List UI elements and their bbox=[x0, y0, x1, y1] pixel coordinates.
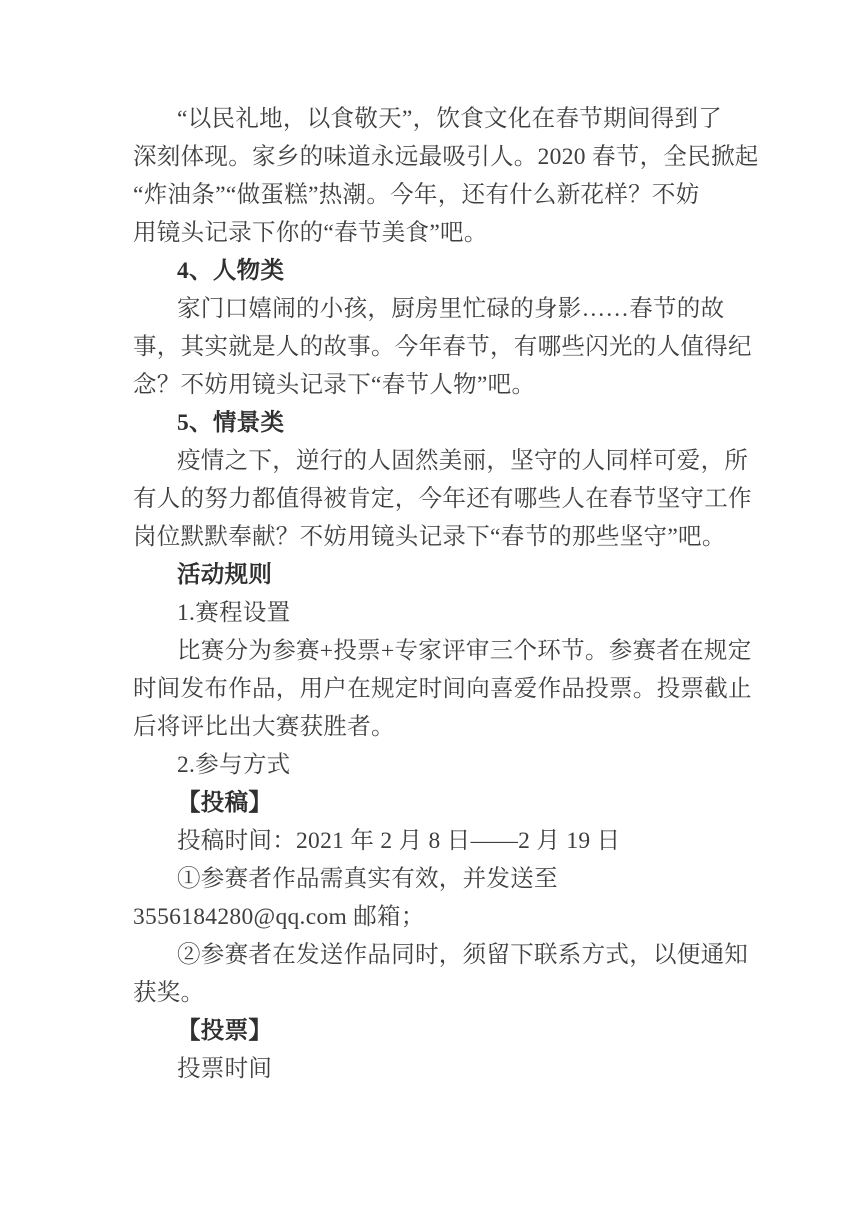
paragraph: 投稿时间：2021 年 2 月 8 日——2 月 19 日 bbox=[133, 822, 753, 860]
paragraph: “以民礼地，以食敬天”，饮食文化在春节期间得到了深刻体现。家乡的味道永远最吸引人… bbox=[133, 100, 753, 252]
paragraph: 2.参与方式 bbox=[133, 746, 753, 784]
heading-text-line: 4、人物类 bbox=[133, 252, 753, 290]
paragraph: 1.赛程设置 bbox=[133, 594, 753, 632]
heading-text-line: 5、情景类 bbox=[133, 404, 753, 442]
body-text-line: 2.参与方式 bbox=[133, 746, 753, 784]
body-text-line: 岗位默默奉献？不妨用镜头记录下“春节的那些坚守”吧。 bbox=[133, 518, 753, 556]
section-heading: 【投稿】 bbox=[133, 784, 753, 822]
body-text-line: 疫情之下，逆行的人固然美丽，坚守的人同样可爱，所 bbox=[133, 442, 753, 480]
body-text-line: 1.赛程设置 bbox=[133, 594, 753, 632]
body-text-line: 后将评比出大赛获胜者。 bbox=[133, 708, 753, 746]
body-text-line: 投稿时间：2021 年 2 月 8 日——2 月 19 日 bbox=[133, 822, 753, 860]
body-text-line: 3556184280@qq.com 邮箱； bbox=[133, 898, 753, 936]
body-text-line: 有人的努力都值得被肯定，今年还有哪些人在春节坚守工作 bbox=[133, 480, 753, 518]
body-text-line: “炸油条”“做蛋糕”热潮。今年，还有什么新花样？不妨 bbox=[133, 176, 753, 214]
paragraph: ①参赛者作品需真实有效，并发送至3556184280@qq.com 邮箱； bbox=[133, 860, 753, 936]
body-text-line: 获奖。 bbox=[133, 974, 753, 1012]
paragraph: 投票时间 bbox=[133, 1050, 753, 1088]
body-text-line: 念？不妨用镜头记录下“春节人物”吧。 bbox=[133, 366, 753, 404]
document-body: “以民礼地，以食敬天”，饮食文化在春节期间得到了深刻体现。家乡的味道永远最吸引人… bbox=[133, 100, 753, 1088]
body-text-line: 事，其实就是人的故事。今年春节，有哪些闪光的人值得纪 bbox=[133, 328, 753, 366]
document-page: “以民礼地，以食敬天”，饮食文化在春节期间得到了深刻体现。家乡的味道永远最吸引人… bbox=[0, 0, 864, 1220]
heading-text-line: 【投票】 bbox=[133, 1012, 753, 1050]
body-text-line: 用镜头记录下你的“春节美食”吧。 bbox=[133, 214, 753, 252]
paragraph: 家门口嬉闹的小孩，厨房里忙碌的身影……春节的故事，其实就是人的故事。今年春节，有… bbox=[133, 290, 753, 404]
section-heading: 4、人物类 bbox=[133, 252, 753, 290]
section-heading: 【投票】 bbox=[133, 1012, 753, 1050]
body-text-line: ①参赛者作品需真实有效，并发送至 bbox=[133, 860, 753, 898]
heading-text-line: 【投稿】 bbox=[133, 784, 753, 822]
body-text-line: 比赛分为参赛+投票+专家评审三个环节。参赛者在规定 bbox=[133, 632, 753, 670]
body-text-line: 时间发布作品，用户在规定时间向喜爱作品投票。投票截止 bbox=[133, 670, 753, 708]
paragraph: 比赛分为参赛+投票+专家评审三个环节。参赛者在规定时间发布作品，用户在规定时间向… bbox=[133, 632, 753, 746]
body-text-line: “以民礼地，以食敬天”，饮食文化在春节期间得到了 bbox=[133, 100, 753, 138]
body-text-line: 家门口嬉闹的小孩，厨房里忙碌的身影……春节的故 bbox=[133, 290, 753, 328]
section-heading: 活动规则 bbox=[133, 556, 753, 594]
paragraph: ②参赛者在发送作品同时，须留下联系方式，以便通知获奖。 bbox=[133, 936, 753, 1012]
heading-text-line: 活动规则 bbox=[133, 556, 753, 594]
body-text-line: 深刻体现。家乡的味道永远最吸引人。2020 春节，全民掀起 bbox=[133, 138, 753, 176]
body-text-line: 投票时间 bbox=[133, 1050, 753, 1088]
body-text-line: ②参赛者在发送作品同时，须留下联系方式，以便通知 bbox=[133, 936, 753, 974]
section-heading: 5、情景类 bbox=[133, 404, 753, 442]
paragraph: 疫情之下，逆行的人固然美丽，坚守的人同样可爱，所有人的努力都值得被肯定，今年还有… bbox=[133, 442, 753, 556]
